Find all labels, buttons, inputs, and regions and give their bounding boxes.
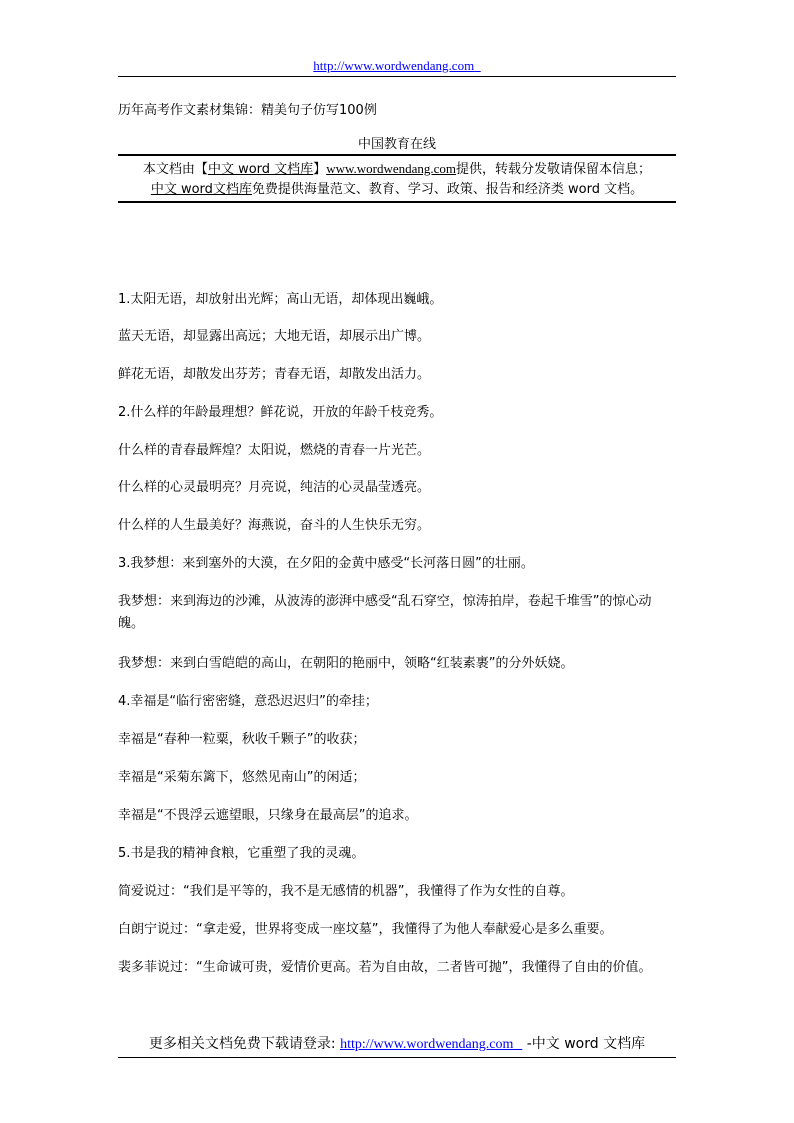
notice-library-link-2[interactable]: 中文 word文档库 [151, 182, 252, 197]
notice-line-1: 本文档由【中文 word 文档库】www.wordwendang.com提供，转… [118, 159, 676, 180]
paragraph: 简爱说过：“我们是平等的，我不是无感情的机器”，我懂得了作为女性的自尊。 [118, 881, 676, 903]
paragraph: 5.书是我的精神食粮，它重塑了我的灵魂。 [118, 843, 676, 865]
footer-divider [118, 1057, 676, 1058]
notice-library-link[interactable]: 中文 word 文档库 [208, 162, 313, 177]
paragraph: 蓝天无语，却显露出高远；大地无语，却展示出广博。 [118, 326, 676, 348]
notice-line-2: 中文 word文档库免费提供海量范文、教育、学习、政策、报告和经济类 word … [118, 180, 676, 200]
paragraph: 白朗宁说过：“拿走爱，世界将变成一座坟墓”，我懂得了为他人奉献爱心是多么重要。 [118, 919, 676, 941]
paragraph: 什么样的心灵最明亮？月亮说，纯洁的心灵晶莹透亮。 [118, 477, 676, 499]
notice-bottom-divider [118, 201, 676, 203]
footer-prefix: 更多相关文档免费下载请登录: [149, 1036, 340, 1052]
notice-box: 本文档由【中文 word 文档库】www.wordwendang.com提供，转… [118, 159, 676, 200]
paragraph: 幸福是“采菊东篱下，悠然见南山”的闲适； [118, 767, 676, 789]
document-page: http://www.wordwendang.com 历年高考作文素材集锦：精美… [118, 0, 676, 1123]
paragraph: 裴多菲说过：“生命诚可贵，爱情价更高。若为自由故，二者皆可抛”，我懂得了自由的价… [118, 957, 676, 979]
footer-suffix: -中文 word 文档库 [522, 1036, 645, 1052]
notice-suffix: 提供，转载分发敬请保留本信息； [456, 162, 651, 177]
paragraph: 鲜花无语，却散发出芬芳；青春无语，却散发出活力。 [118, 364, 676, 386]
notice-suffix-2: 免费提供海量范文、教育、学习、政策、报告和经济类 word 文档。 [252, 182, 643, 197]
notice-url-link[interactable]: www.wordwendang.com [326, 161, 456, 176]
paragraph: 我梦想：来到白雪皑皑的高山，在朝阳的艳丽中，领略“红装素裹”的分外妖娆。 [118, 653, 676, 675]
paragraph: 3.我梦想：来到塞外的大漠，在夕阳的金黄中感受“长河落日圆”的壮丽。 [118, 553, 676, 575]
header-url-link[interactable]: http://www.wordwendang.com [313, 58, 474, 73]
paragraph: 2.什么样的年龄最理想？鲜花说，开放的年龄千枝竞秀。 [118, 402, 676, 424]
notice-top-divider [118, 154, 676, 156]
footer: 更多相关文档免费下载请登录: http://www.wordwendang.co… [118, 1035, 676, 1054]
paragraph: 1.太阳无语，却放射出光辉；高山无语，却体现出巍峨。 [118, 289, 676, 311]
document-source: 中国教育在线 [118, 137, 676, 153]
paragraph: 幸福是“不畏浮云遮望眼，只缘身在最高层”的追求。 [118, 805, 676, 827]
document-title: 历年高考作文素材集锦：精美句子仿写100例 [118, 103, 377, 119]
notice-mid: 】 [313, 162, 326, 177]
paragraph: 什么样的人生最美好？海燕说，奋斗的人生快乐无穷。 [118, 515, 676, 537]
paragraph: 4.幸福是“临行密密缝，意恐迟迟归”的牵挂； [118, 691, 676, 713]
footer-url-link[interactable]: http://www.wordwendang.com [340, 1037, 513, 1052]
header: http://www.wordwendang.com [118, 58, 676, 74]
paragraph: 幸福是“春种一粒粟，秋收千颗子”的收获； [118, 729, 676, 751]
notice-prefix: 本文档由【 [143, 162, 208, 177]
paragraph: 什么样的青春最辉煌？太阳说，燃烧的青春一片光芒。 [118, 440, 676, 462]
header-divider [118, 76, 676, 77]
paragraph: 我梦想：来到海边的沙滩，从波涛的澎湃中感受“乱石穿空，惊涛拍岸，卷起千堆雪”的惊… [118, 591, 676, 635]
